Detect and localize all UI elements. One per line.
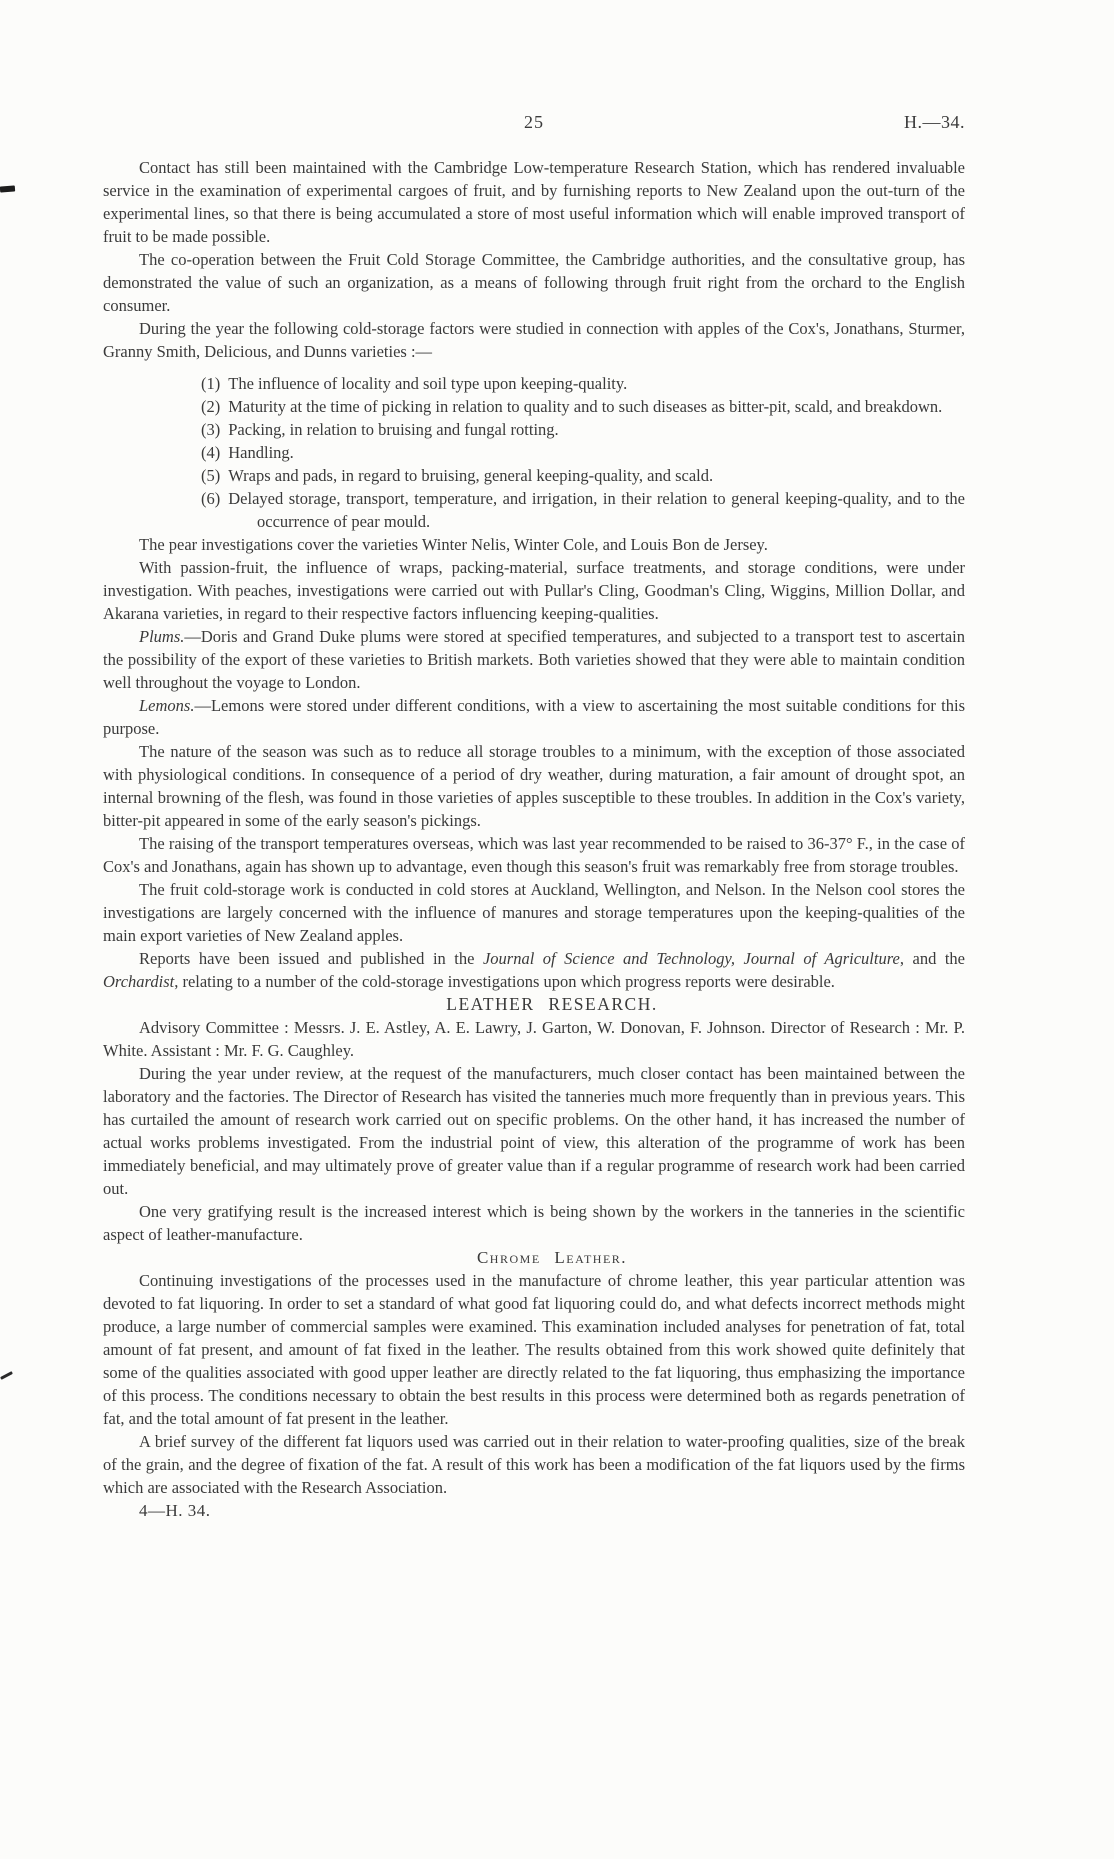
list-item-number: (3) [201, 420, 228, 439]
lemons-label: Lemons. [139, 696, 194, 715]
paragraph-cold-stores: The fruit cold-storage work is conducted… [103, 878, 965, 947]
page-number: 25 [103, 112, 965, 133]
page-header: 25 H.—34. [103, 112, 965, 138]
list-item: (5)Wraps and pads, in regard to bruising… [201, 464, 965, 487]
body-text: Contact has still been maintained with t… [103, 156, 965, 1522]
list-item: (3)Packing, in relation to bruising and … [201, 418, 965, 441]
list-item: (6)Delayed storage, transport, temperatu… [201, 487, 965, 533]
paragraph-transport-temperatures: The raising of the transport temperature… [103, 832, 965, 878]
ink-smudge-top [0, 185, 15, 192]
list-item: (1)The influence of locality and soil ty… [201, 372, 965, 395]
paragraph-passion-fruit: With passion-fruit, the influence of wra… [103, 556, 965, 625]
list-item-text: Wraps and pads, in regard to bruising, g… [228, 466, 713, 485]
list-item-text: Handling. [228, 443, 294, 462]
chrome-leather-heading: Chrome Leather. [103, 1246, 965, 1269]
paragraph-gratifying-result: One very gratifying result is the increa… [103, 1200, 965, 1246]
plums-label: Plums. [139, 627, 184, 646]
journal-titles: Journal of Science and Technology, Journ… [483, 949, 900, 968]
paragraph-reports: Reports have been issued and published i… [103, 947, 965, 993]
paragraph-lemons: Lemons.—Lemons were stored under differe… [103, 694, 965, 740]
lemons-text: —Lemons were stored under different cond… [103, 696, 965, 738]
scanned-report-page: 25 H.—34. Contact has still been maintai… [0, 0, 1114, 1859]
leather-research-heading: LEATHER RESEARCH. [103, 993, 965, 1016]
page-content: 25 H.—34. Contact has still been maintai… [103, 112, 965, 1522]
paragraph-chrome-continuing: Continuing investigations of the process… [103, 1269, 965, 1430]
cold-storage-factors-list: (1)The influence of locality and soil ty… [103, 372, 965, 533]
list-item-number: (4) [201, 443, 228, 462]
list-item-text: The influence of locality and soil type … [228, 374, 627, 393]
document-reference: H.—34. [904, 112, 965, 133]
reports-text-3: , relating to a number of the cold-stora… [174, 972, 835, 991]
list-item: (4)Handling. [201, 441, 965, 464]
list-item-text: Packing, in relation to bruising and fun… [228, 420, 558, 439]
list-item-number: (5) [201, 466, 228, 485]
orchardist-title: Orchardist [103, 972, 174, 991]
paragraph-plums: Plums.—Doris and Grand Duke plums were s… [103, 625, 965, 694]
paragraph-season-nature: The nature of the season was such as to … [103, 740, 965, 832]
list-item-text: Maturity at the time of picking in relat… [228, 397, 942, 416]
paragraph-contact: Contact has still been maintained with t… [103, 156, 965, 248]
paragraph-leather-during-year: During the year under review, at the req… [103, 1062, 965, 1200]
reports-text-2: , and the [900, 949, 965, 968]
ink-smudge-bottom [0, 1371, 13, 1380]
list-item-number: (1) [201, 374, 228, 393]
reports-text-1: Reports have been issued and published i… [139, 949, 483, 968]
list-item-number: (2) [201, 397, 228, 416]
paragraph-cooperation: The co-operation between the Fruit Cold … [103, 248, 965, 317]
paragraph-pear: The pear investigations cover the variet… [103, 533, 965, 556]
plums-text: —Doris and Grand Duke plums were stored … [103, 627, 965, 692]
list-item-number: (6) [201, 489, 228, 508]
paragraph-advisory-committee: Advisory Committee : Messrs. J. E. Astle… [103, 1016, 965, 1062]
list-item: (2)Maturity at the time of picking in re… [201, 395, 965, 418]
footer-signature: 4—H. 34. [103, 1499, 965, 1522]
list-item-text: Delayed storage, transport, temperature,… [228, 489, 965, 531]
paragraph-during-year: During the year the following cold-stora… [103, 317, 965, 363]
paragraph-fat-liquors-survey: A brief survey of the different fat liqu… [103, 1430, 965, 1499]
